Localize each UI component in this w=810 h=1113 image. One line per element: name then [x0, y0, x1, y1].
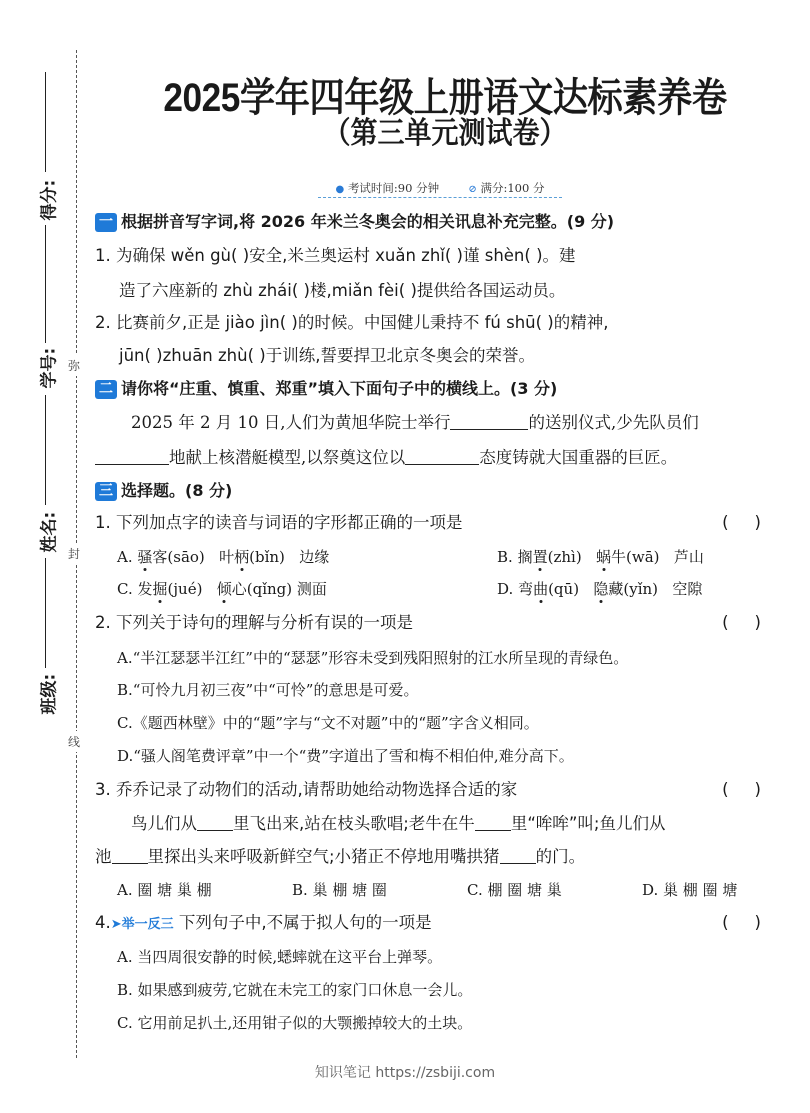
practice-tag: ➤举一反三: [111, 917, 174, 932]
fill-blank-3[interactable]: [405, 448, 479, 465]
option-d[interactable]: D. 弯曲(qū) 隐藏(yǐn) 空隙: [497, 578, 702, 600]
student-id-label: 学号:: [35, 349, 60, 389]
s3-q4-stem: 4.➤举一反三 下列句子中,不属于拟人句的一项是 (): [95, 912, 795, 936]
student-id-line: [45, 225, 46, 343]
section-3-badge: 三: [95, 482, 117, 501]
s3-q1-options-ab: A. 骚客(sāo) 叶柄(bǐn) 边缘 B. 搁置(zhì) 蜗牛(wā) …: [95, 546, 795, 568]
option-d[interactable]: D. 巢 棚 圈 塘: [642, 879, 737, 901]
cut-mark-mi: 弥: [68, 355, 80, 376]
option-c[interactable]: C. 棚 圈 塘 巢: [467, 879, 642, 901]
full-score: 满分:100 分: [480, 181, 544, 195]
s3-q2-option-c[interactable]: C.《题西林壁》中的“题”字与“文不对题”中的“题”字含义相同。: [95, 712, 795, 734]
s3-q4-option-c[interactable]: C. 它用前足扒土,还用钳子似的大颚搬掉较大的土块。: [95, 1012, 795, 1034]
fill-blank-nest[interactable]: [197, 814, 233, 831]
fill-blank-1[interactable]: [450, 413, 528, 430]
s3-q3-passage-line2: 池里探出头来呼吸新鲜空气;小猪正不停地用嘴拱猪的门。: [95, 846, 795, 868]
s3-q2-option-a[interactable]: A.“半江瑟瑟半江红”中的“瑟瑟”形容未受到残阳照射的江水所呈现的青绿色。: [95, 647, 795, 669]
s3-q3-stem: 3. 乔乔记录了动物们的活动,请帮助她给动物选择合适的家 (): [95, 779, 795, 801]
answer-paren-q4[interactable]: (): [722, 912, 787, 934]
s3-q3-passage-line1: 鸟儿们从里飞出来,站在枝头歌唱;老牛在牛里“哞哞”叫;鱼儿们从: [95, 813, 795, 835]
s2-paragraph-line2: 地献上核潜艇模型,以祭奠这位以态度铸就大国重器的巨匠。: [95, 447, 795, 469]
s1-q1-line1: 1. 为确保 wěn gù( )安全,米兰奥运村 xuǎn zhǐ( )谨 sh…: [95, 245, 795, 267]
exam-meta: ● 考试时间:90 分钟 ⊘ 满分:100 分: [300, 180, 580, 196]
page-subtitle: （第三单元测试卷）: [126, 108, 765, 152]
s3-q1-options-cd: C. 发掘(jué) 倾心(qǐng) 测面 D. 弯曲(qū) 隐藏(yǐn)…: [95, 578, 795, 600]
s3-q2-option-b[interactable]: B.“可怜九月初三夜”中“可怜”的意思是可爱。: [95, 679, 795, 701]
watermark: 知识笔记 https://zsbiji.com: [0, 1062, 810, 1082]
option-b[interactable]: B. 巢 棚 塘 圈: [292, 879, 467, 901]
fill-blank-2[interactable]: [95, 448, 169, 465]
s3-q1-stem: 1. 下列加点字的读音与词语的字形都正确的一项是 (): [95, 512, 795, 534]
fill-blank-pond[interactable]: [112, 847, 148, 864]
name-line: [45, 395, 46, 505]
option-a[interactable]: A. 骚客(sāo) 叶柄(bǐn) 边缘: [117, 546, 497, 568]
check-icon: ⊘: [468, 184, 476, 195]
name-label: 姓名:: [35, 513, 60, 553]
fill-blank-sty[interactable]: [500, 847, 536, 864]
cut-mark-xian: 线: [68, 731, 80, 752]
section-1-badge: 一: [95, 213, 117, 232]
answer-paren-q3[interactable]: (): [722, 779, 787, 801]
option-c[interactable]: C. 发掘(jué) 倾心(qǐng) 测面: [117, 578, 497, 600]
fill-blank-pen[interactable]: [475, 814, 511, 831]
class-line: [45, 558, 46, 668]
answer-paren-q2[interactable]: (): [722, 612, 787, 634]
s3-q2-option-d[interactable]: D.“骚人阁笔费评章”中一个“费”字道出了雪和梅不相伯仲,难分高下。: [95, 745, 795, 767]
class-label: 班级:: [35, 675, 60, 715]
s3-q4-option-b[interactable]: B. 如果感到疲劳,它就在未完工的家门口休息一会儿。: [95, 979, 795, 1001]
clock-icon: ●: [336, 184, 345, 195]
s2-paragraph-line1: 2025 年 2 月 10 日,人们为黄旭华院士举行的送别仪式,少先队员们: [95, 412, 795, 434]
s3-q4-option-a[interactable]: A. 当四周很安静的时候,蟋蟀就在这平台上弹琴。: [95, 946, 795, 968]
cut-mark-feng: 封: [68, 543, 80, 564]
s1-q2-line1: 2. 比赛前夕,正是 jiào jìn( )的时候。中国健儿秉持不 fú shū…: [95, 312, 795, 334]
section-3-heading: 三选择题。(8 分): [95, 480, 795, 502]
answer-paren-q1[interactable]: (): [722, 512, 787, 534]
option-a[interactable]: A. 圈 塘 巢 棚: [117, 879, 292, 901]
score-line: [45, 72, 46, 172]
score-label: 得分:: [35, 181, 60, 221]
meta-divider: [318, 197, 562, 198]
s1-q2-line2: jūn( )zhuān zhù( )于训练,誓要捍卫北京冬奥会的荣誉。: [95, 345, 795, 367]
s1-q1-line2: 造了六座新的 zhù zhái( )楼,miǎn fèi( )提供给各国运动员。: [95, 280, 795, 302]
binding-margin: 得分: 学号: 姓名: 班级: 弥 封 线: [0, 0, 90, 1113]
s3-q2-stem: 2. 下列关于诗句的理解与分析有误的一项是 (): [95, 612, 795, 634]
section-2-badge: 二: [95, 380, 117, 399]
s3-q3-options: A. 圈 塘 巢 棚B. 巢 棚 塘 圈C. 棚 圈 塘 巢D. 巢 棚 圈 塘: [95, 879, 795, 901]
section-2-heading: 二请你将“庄重、慎重、郑重”填入下面句子中的横线上。(3 分): [95, 378, 795, 400]
option-b[interactable]: B. 搁置(zhì) 蜗牛(wā) 芦山: [497, 546, 704, 568]
exam-time: 考试时间:90 分钟: [348, 181, 439, 195]
section-1-heading: 一根据拼音写字词,将 2026 年米兰冬奥会的相关讯息补充完整。(9 分): [95, 211, 795, 233]
